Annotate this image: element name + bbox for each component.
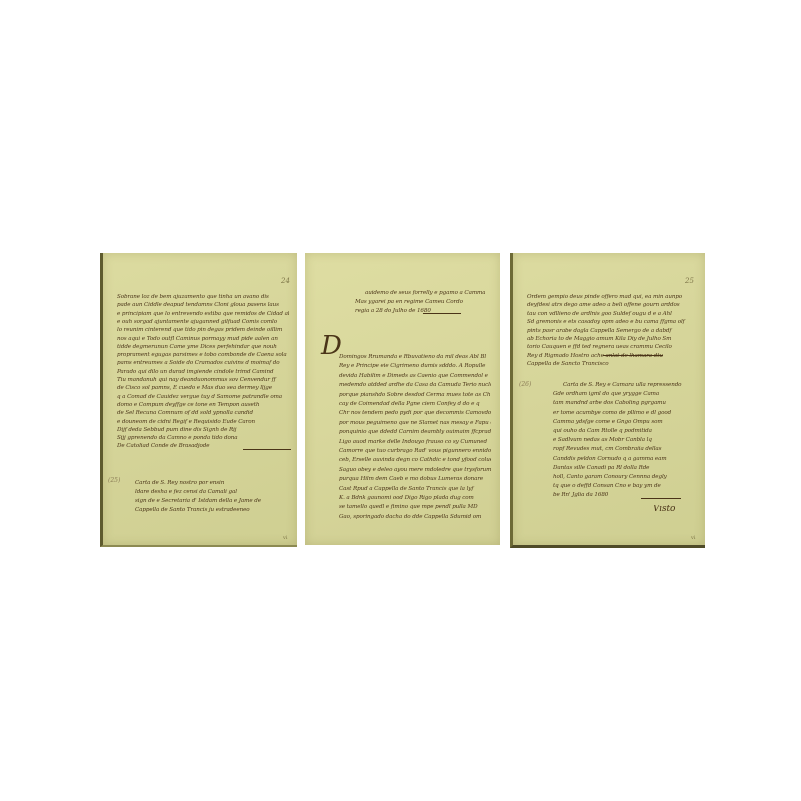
handwritten-line: ponquinio que ddedd Carnim deambly ouima… bbox=[339, 428, 491, 437]
handwritten-line: ceb, Erselle auvinda degn co Cathdic e t… bbox=[339, 456, 491, 465]
manuscript-page-1: 24 Sobrane loz de bem ajuzamento que tin… bbox=[100, 253, 297, 547]
handwritten-line: devida Habilim e Dimeds as Caenio que Co… bbox=[339, 372, 491, 381]
handwritten-line: Canddis peldon Cornudo q a gamma eam bbox=[553, 455, 693, 464]
handwritten-line: ldare desha e fez censi da Camali gal bbox=[135, 488, 285, 497]
closing-rule bbox=[603, 355, 663, 356]
handwritten-line: Carta de S. Rey e Camara ulla repressend… bbox=[563, 381, 693, 390]
margin-note: (26) bbox=[519, 381, 531, 388]
heading-rule bbox=[423, 313, 461, 314]
handwritten-line: K. a Bdnk gaunomi ood Digo Rigo plada du… bbox=[339, 494, 491, 503]
handwritten-line: Saguo obey e deleo ayou mere mdoledre qu… bbox=[339, 466, 491, 475]
corner-mark: vi bbox=[691, 535, 695, 541]
handwritten-line: Carta de S. Rey nostro por ensin bbox=[135, 479, 285, 488]
manuscript-page-2: auidemo de seus forrelly e pgamo a Camma… bbox=[305, 253, 500, 545]
handwritten-line: tq que o deffd Consan Cno e bay ym de bbox=[553, 482, 693, 491]
handwritten-line: e Sadlvum nedas as Mobr Canbla lq bbox=[553, 436, 693, 445]
handwritten-line: Cappella de Santo Trancis ju estradeeneo bbox=[135, 506, 285, 515]
handwritten-line: tam mandnd arbe dos Caboling pgrgamu bbox=[553, 399, 693, 408]
handwritten-line: holl, Canto garam Conoury Cennna degly bbox=[553, 473, 693, 482]
handwritten-line: be Rn' Jglia da 1680 bbox=[553, 491, 693, 500]
handwritten-line: Cappella de Sancto Trancisco bbox=[527, 360, 695, 369]
handwritten-line: De Catoliad Conde de Brasadjode bbox=[117, 442, 289, 451]
folio-number: 24 bbox=[281, 277, 290, 285]
handwritten-line: purqua Hilm dem Caeb e mo dobus Lumeras … bbox=[339, 475, 491, 484]
signature-rule bbox=[641, 498, 681, 499]
handwritten-line: er tome acumbye como de pllimo e dl good bbox=[553, 409, 693, 418]
margin-note: (25) bbox=[108, 477, 120, 484]
handwritten-line: auidemo de seus forrelly e pgamo a Camma… bbox=[365, 289, 485, 298]
handwritten-line: qui ouho da Cam Rtolle q podmitida bbox=[553, 427, 693, 436]
handwritten-line: Ligo auod marke delle Indouyo frauso co … bbox=[339, 438, 491, 447]
handwritten-line: porque pianshdo Sobre desdod Cerma mues … bbox=[339, 391, 491, 400]
handwritten-line: Dantas sille Canadi pa Rl dolla Rde bbox=[553, 464, 693, 473]
handwritten-line: sign de e Secretaria d' Istdam della e J… bbox=[135, 497, 285, 506]
folio-number: 25 bbox=[685, 277, 694, 285]
handwritten-line: Camorre que tuo curbrago Rad' vous pigun… bbox=[339, 447, 491, 456]
handwritten-line: regia a 28 do Julho de 1680 bbox=[355, 307, 485, 316]
handwritten-line: ropf Revudes mut, cm Combraiia dellas bbox=[553, 445, 693, 454]
manuscript-page-3: 25 Ordem gempio deus pinde offero mad qu… bbox=[510, 253, 705, 548]
handwritten-line: Rey e Principe eie Cigrimeno dumis sdddo… bbox=[339, 362, 491, 371]
handwritten-line: Chr nos tendem pedo pydi por que decommi… bbox=[339, 409, 491, 418]
handwritten-line: medemdo atdded ardhe da Casa da Camuda T… bbox=[339, 381, 491, 390]
handwritten-line: Domingos Rrumanda e Rbuvatieno da mil de… bbox=[339, 353, 491, 362]
handwritten-line: Cast Rpud a Cappella de Santo Trancis qu… bbox=[339, 485, 491, 494]
handwritten-line: se tamello quedl e fimino que mpe pendl … bbox=[339, 503, 491, 512]
handwritten-line: Camma ydsfge come e Gngo Ompu som bbox=[553, 418, 693, 427]
signature: Visto bbox=[653, 505, 675, 514]
handwritten-line: Gao, sporingado dacha do dde Cappella Sd… bbox=[339, 513, 491, 522]
handwritten-line: cay de Coimendad della Pgne ciem Confey … bbox=[339, 400, 491, 409]
handwritten-line: Gde ordham igml do que yrygge Cama bbox=[553, 390, 693, 399]
handwritten-line: Mas ygarei pa en regime Cameu Cordo bbox=[355, 298, 485, 307]
handwritten-line: por mous peguimeno que ne Slamet nas mes… bbox=[339, 419, 491, 428]
closing-rule bbox=[243, 449, 291, 450]
corner-mark: vi bbox=[283, 535, 287, 541]
